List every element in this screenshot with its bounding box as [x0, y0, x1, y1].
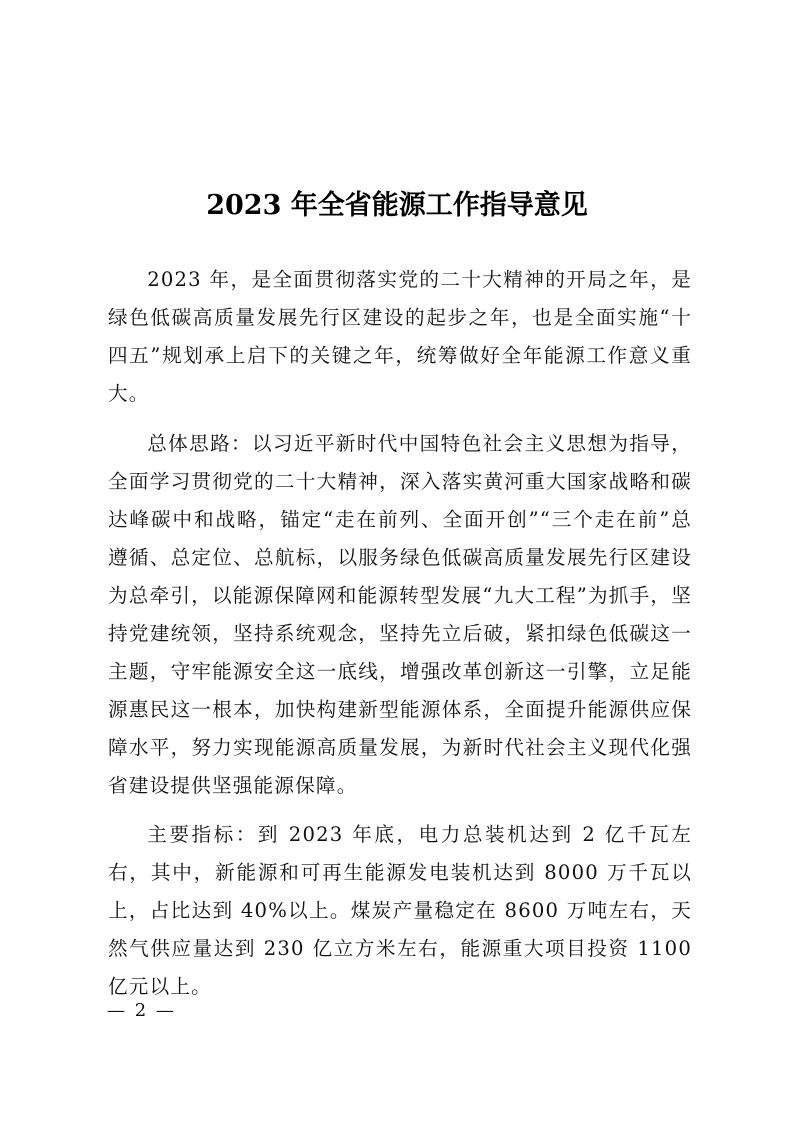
- paragraph-body: 2023 年，是全面贯彻落实党的二十大精神的开局之年，是绿色低碳高质量发展先行区…: [108, 268, 692, 405]
- paragraph-main-indicators-text: 主要指标：到 2023 年底，电力总装机达到 2 亿千瓦左右，其中，新能源和可再…: [108, 816, 692, 1006]
- paragraph-body: 到 2023 年底，电力总装机达到 2 亿千瓦左右，其中，新能源和可再生能源发电…: [108, 823, 692, 998]
- paragraph-main-indicators: 主要指标：到 2023 年底，电力总装机达到 2 亿千瓦左右，其中，新能源和可再…: [108, 816, 692, 1006]
- paragraph-intro-text: 2023 年，是全面贯彻落实党的二十大精神的开局之年，是绿色低碳高质量发展先行区…: [108, 261, 692, 413]
- paragraph-overall-approach: 总体思路：以习近平新时代中国特色社会主义思想为指导，全面学习贯彻党的二十大精神，…: [108, 425, 692, 805]
- paragraph-lead: 总体思路：: [147, 432, 252, 455]
- page-number: — 2 —: [107, 1000, 176, 1021]
- document-page: 2023 年全省能源工作指导意见 2023 年，是全面贯彻落实党的二十大精神的开…: [0, 0, 794, 1123]
- paragraph-overall-approach-text: 总体思路：以习近平新时代中国特色社会主义思想为指导，全面学习贯彻党的二十大精神，…: [108, 425, 692, 805]
- paragraph-body: 以习近平新时代中国特色社会主义思想为指导，全面学习贯彻党的二十大精神，深入落实黄…: [108, 432, 692, 797]
- paragraph-intro: 2023 年，是全面贯彻落实党的二十大精神的开局之年，是绿色低碳高质量发展先行区…: [108, 261, 692, 413]
- document-title: 2023 年全省能源工作指导意见: [0, 183, 794, 222]
- paragraph-lead: 主要指标：: [147, 823, 258, 846]
